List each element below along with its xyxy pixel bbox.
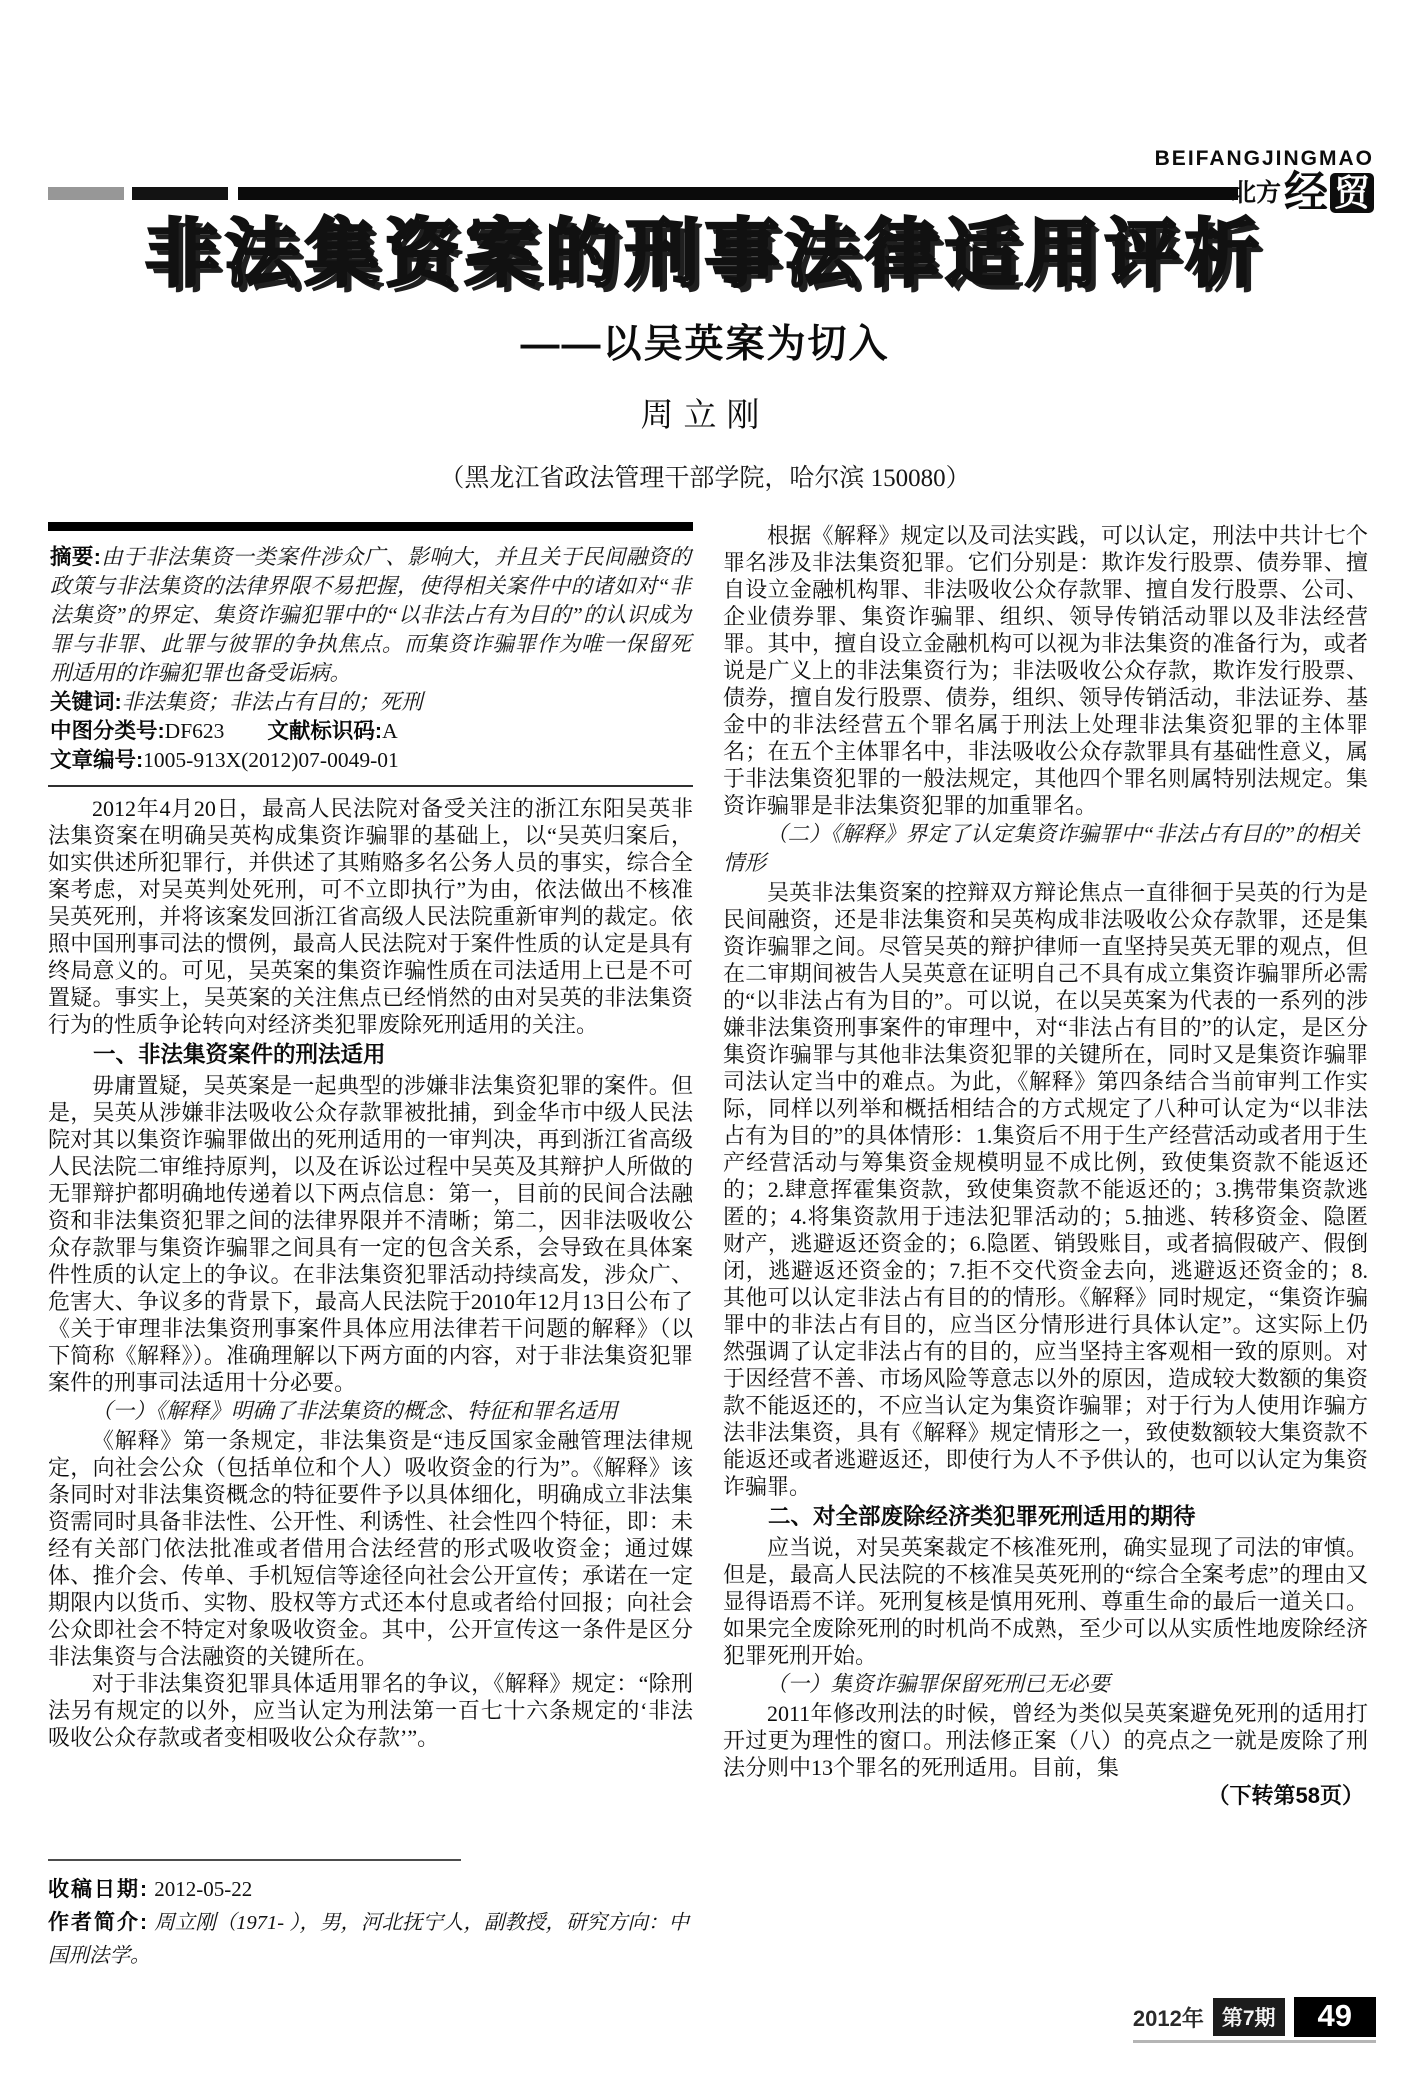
article-id-label: 文章编号: <box>50 748 143 772</box>
body-paragraph: 吴英非法集资案的控辩双方辩论焦点一直徘徊于吴英的行为是民间融资，还是非法集资和吴… <box>723 879 1368 1500</box>
journal-logo-cn-large: 经 <box>1284 171 1328 215</box>
doc-code-value: A <box>382 719 398 743</box>
body-paragraph: 应当说，对吴英案裁定不核准死刑，确实显现了司法的审慎。但是，最高人民法院的不核准… <box>723 1534 1368 1669</box>
keywords-value: 非法集资；非法占有目的；死刑 <box>122 690 423 714</box>
abstract-box: 摘要:由于非法集资一类案件涉众广、影响大，并且关于民间融资的政策与非法集资的法律… <box>48 522 693 787</box>
footnote-block: 收稿日期: 2012-05-22 作者简介: 周立刚（1971- ），男，河北抚… <box>48 1859 693 1974</box>
footer-page-number: 49 <box>1294 1997 1376 2037</box>
clc-label: 中图分类号: <box>50 719 165 743</box>
received-date-value: 2012-05-22 <box>154 1877 252 1901</box>
body-paragraph: 对于非法集资犯罪具体适用罪名的争议，《解释》规定：“除刑法另有规定的以外，应当认… <box>48 1670 693 1751</box>
article-title: 非法集资案的刑事法律适用评析 <box>0 210 1410 299</box>
keywords-label: 关键词: <box>50 690 122 714</box>
title-block: 非法集资案的刑事法律适用评析 ——以吴英案为切入 周立刚 （黑龙江省政法管理干部… <box>0 210 1410 494</box>
article-body: 摘要:由于非法集资一类案件涉众广、影响大，并且关于民间融资的政策与非法集资的法律… <box>48 522 1368 1974</box>
abstract-text: 由于非法集资一类案件涉众广、影响大，并且关于民间融资的政策与非法集资的法律界限不… <box>50 545 691 685</box>
author-name: 周立刚 <box>0 389 1410 436</box>
section-heading-2: 二、对全部废除经济类犯罪死刑适用的期待 <box>723 1502 1368 1532</box>
body-paragraph: 2011年修改刑法的时候，曾经为类似吴英案避免死刑的适用打开过更为理性的窗口。刑… <box>723 1700 1368 1781</box>
journal-logo-cn-boxed: 贸 <box>1330 173 1374 213</box>
author-bio-label: 作者简介: <box>48 1911 149 1934</box>
received-date-label: 收稿日期: <box>48 1878 149 1901</box>
subsection-heading-2-1: （一）集资诈骗罪保留死刑已无必要 <box>723 1670 1368 1699</box>
received-date-line: 收稿日期: 2012-05-22 <box>48 1873 693 1906</box>
journal-logo-roman: BEIFANGJINGMAO <box>1155 148 1374 169</box>
author-bio-line: 作者简介: 周立刚（1971- ），男，河北抚宁人，副教授，研究方向：中国刑法学… <box>48 1906 693 1972</box>
journal-logo-cn-small: 北方 <box>1231 181 1281 206</box>
article-id-value: 1005-913X(2012)07-0049-01 <box>143 748 399 772</box>
abstract-label: 摘要: <box>50 545 101 569</box>
body-paragraph: 根据《解释》规定以及司法实践，可以认定，刑法中共计七个罪名涉及非法集资犯罪。它们… <box>723 522 1368 819</box>
article-subtitle: ——以吴英案为切入 <box>0 313 1410 369</box>
left-column: 摘要:由于非法集资一类案件涉众广、影响大，并且关于民间融资的政策与非法集资的法律… <box>48 522 693 1974</box>
journal-page: BEIFANGJINGMAO 北方 经 贸 非法集资案的刑事法律适用评析 ——以… <box>0 0 1410 2075</box>
header-rule-noise-segment <box>48 187 124 200</box>
continuation-note: （下转第58页） <box>723 1781 1368 1811</box>
clc-line: 中图分类号:DF623文献标识码:A <box>50 717 691 746</box>
clc-value: DF623 <box>165 719 225 743</box>
article-id-line: 文章编号:1005-913X(2012)07-0049-01 <box>50 746 691 775</box>
footer-issue-badge: 第7期 <box>1213 1998 1285 2036</box>
body-paragraph: 《解释》第一条规定，非法集资是“违反国家金融管理法律规定，向社会公众（包括单位和… <box>48 1427 693 1670</box>
keywords: 关键词:非法集资；非法占有目的；死刑 <box>50 688 691 717</box>
abstract: 摘要:由于非法集资一类案件涉众广、影响大，并且关于民间融资的政策与非法集资的法律… <box>50 543 691 688</box>
subsection-heading-1-1: （一）《解释》明确了非法集资的概念、特征和罪名适用 <box>48 1397 693 1426</box>
doc-code-label: 文献标识码: <box>267 719 382 743</box>
body-paragraph: 2012年4月20日，最高人民法院对备受关注的浙江东阳吴英非法集资案在明确吴英构… <box>48 795 693 1038</box>
footer-year: 2012年 <box>1133 2002 1204 2033</box>
section-heading-1: 一、非法集资案件的刑法适用 <box>48 1040 693 1070</box>
footnote-rule <box>48 1859 461 1861</box>
author-affiliation: （黑龙江省政法管理干部学院，哈尔滨 150080） <box>0 458 1410 494</box>
journal-logo: BEIFANGJINGMAO 北方 经 贸 <box>1155 148 1374 215</box>
body-paragraph: 毋庸置疑，吴英案是一起典型的涉嫌非法集资犯罪的案件。但是，吴英从涉嫌非法吸收公众… <box>48 1072 693 1396</box>
subsection-heading-1-2: （二）《解释》界定了认定集资诈骗罪中“非法占有目的”的相关情形 <box>723 820 1368 878</box>
header-rule <box>238 187 1238 200</box>
page-footer: 2012年 第7期 49 <box>1133 1997 1376 2043</box>
header-rule-short-segment <box>132 187 228 200</box>
right-column: 根据《解释》规定以及司法实践，可以认定，刑法中共计七个罪名涉及非法集资犯罪。它们… <box>723 522 1368 1974</box>
